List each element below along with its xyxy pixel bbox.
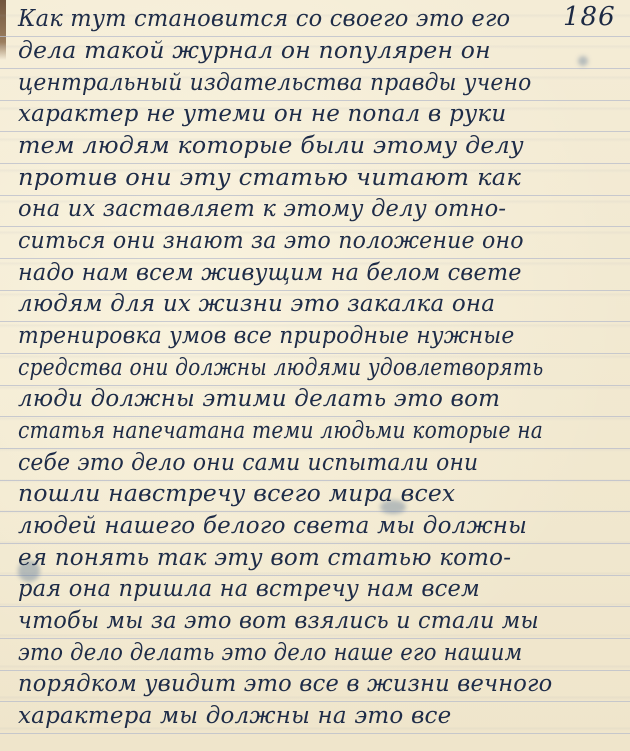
handwritten-line: надо нам всем живущим на белом свете xyxy=(18,260,522,286)
handwritten-line: это дело делать это дело наше его нашим xyxy=(18,640,522,666)
ruling-line xyxy=(0,448,630,449)
handwritten-line: порядком увидит это все в жизни вечного xyxy=(18,671,552,697)
handwritten-line: тренировка умов все природные нужные xyxy=(18,323,514,349)
handwritten-line: Как тут становится со своего это его xyxy=(18,6,510,32)
ruling-line xyxy=(0,511,630,512)
ruling-line xyxy=(0,226,630,227)
ruling-line xyxy=(0,258,630,259)
ruling-line xyxy=(0,701,630,702)
handwritten-line: она их заставляет к этому делу отно- xyxy=(18,196,506,222)
ruling-line xyxy=(0,416,630,417)
handwritten-line: чтобы мы за это вот взялись и стали мы xyxy=(18,608,539,634)
handwritten-line: рая она пришла на встречу нам всем xyxy=(18,576,480,602)
handwritten-line: людям для их жизни это закалка она xyxy=(18,291,495,317)
handwritten-line: статья напечатана теми людьми которые на xyxy=(18,418,543,444)
notebook-page: 186 Как тут становится со своего это его… xyxy=(0,0,630,751)
handwritten-line: ситься они знают за это положение оно xyxy=(18,228,524,254)
handwritten-line: пошли навстречу всего мира всех xyxy=(18,481,455,507)
ruling-line xyxy=(0,68,630,69)
handwritten-line: тем людям которые были этому делу xyxy=(18,133,524,159)
ruling-line xyxy=(0,131,630,132)
ruling-line xyxy=(0,36,630,37)
handwritten-line: дела такой журнал он популярен он xyxy=(18,38,491,64)
ruling-line xyxy=(0,321,630,322)
handwritten-line: ея понять так эту вот статью кото- xyxy=(18,545,511,571)
ruling-line xyxy=(0,543,630,544)
ruling-line xyxy=(0,163,630,164)
ruling-line xyxy=(0,606,630,607)
handwritten-line: против они эту статью читают как xyxy=(18,165,521,191)
handwritten-line: себе это дело они сами испытали они xyxy=(18,450,478,476)
handwritten-line: средства они должны людями удовлетворять xyxy=(18,355,543,381)
ruling-line xyxy=(0,638,630,639)
handwritten-line: характер не утеми он не попал в руки xyxy=(18,101,506,127)
handwritten-line: люди должны этими делать это вот xyxy=(18,386,500,412)
handwritten-line: людей нашего белого света мы должны xyxy=(18,513,527,539)
ink-smudge xyxy=(578,56,588,66)
handwritten-line: центральный издательства правды учено xyxy=(18,70,531,96)
page-binding-edge xyxy=(0,0,6,60)
ruling-line xyxy=(0,353,630,354)
page-number: 186 xyxy=(563,2,616,32)
ruling-line xyxy=(0,733,630,734)
handwritten-line: характера мы должны на это все xyxy=(18,703,451,729)
